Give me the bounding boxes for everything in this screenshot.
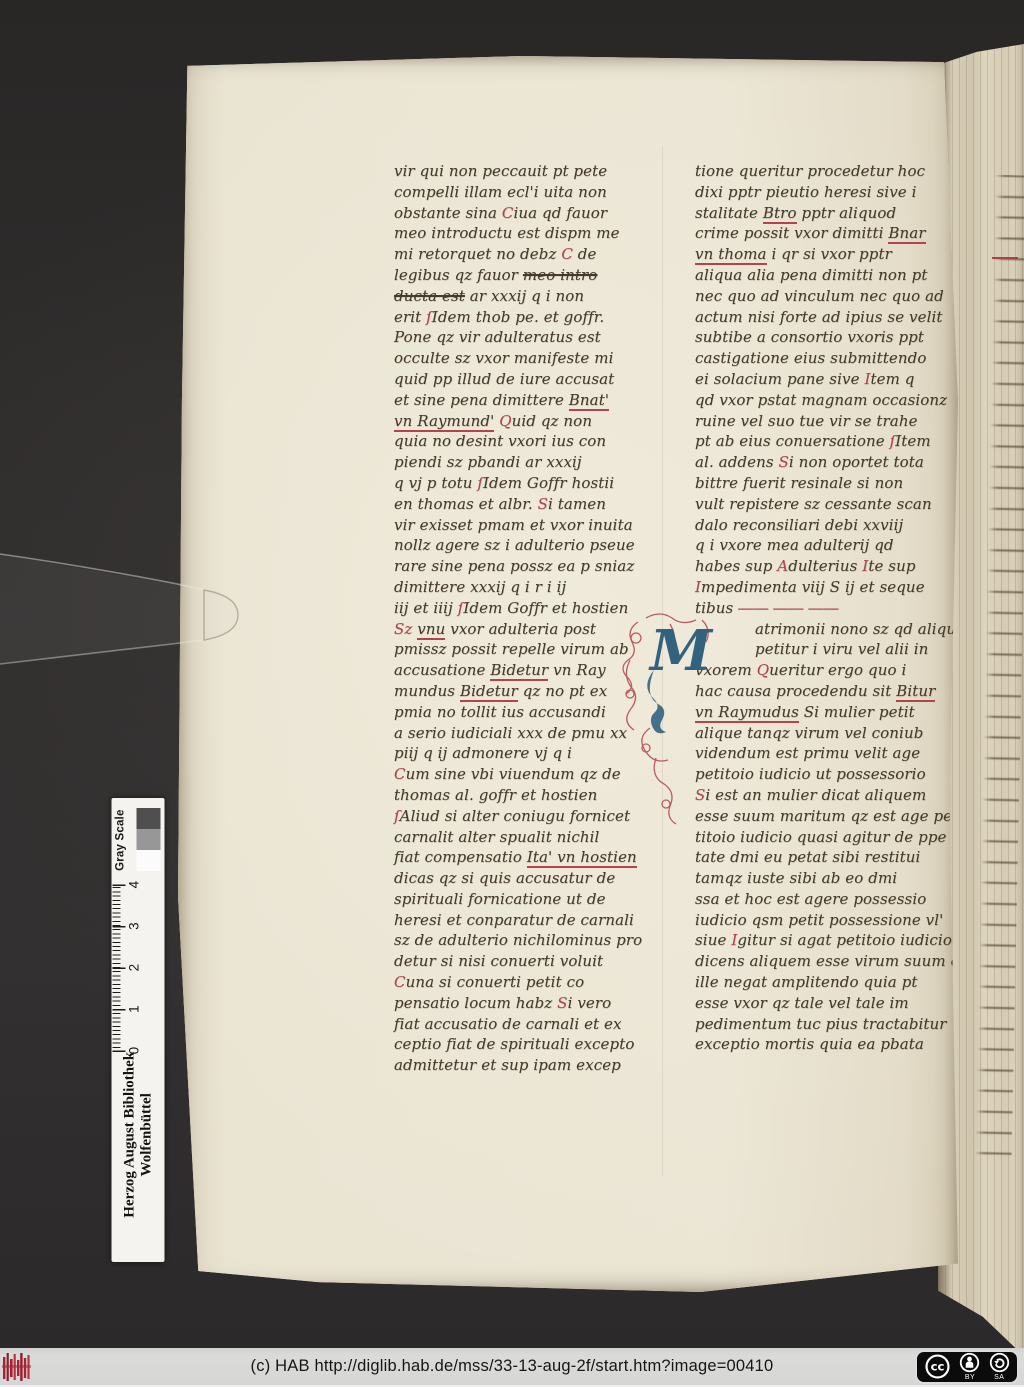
manuscript-text-line: compelli illam ecl'i uita non [394, 182, 656, 203]
manuscript-text-line: tamqz iuste sibi ab eo dmi [695, 868, 953, 889]
gray-scale-swatch [136, 808, 160, 829]
manuscript-text-line: admittetur et sup ipam excep [394, 1055, 656, 1076]
manuscript-text-line: mi retorquet no debz C de [394, 244, 656, 265]
ruler-numbers: 01234 [126, 883, 146, 1051]
ruler-major-ticks [112, 884, 125, 1052]
cm-ruler: 01234 [111, 883, 164, 1051]
manuscript-text-line: tione queritur procedetur hoc [695, 161, 953, 182]
svg-text:cc: cc [931, 1360, 945, 1374]
manuscript-text-line: detur si nisi conuerti voluit [394, 951, 656, 972]
manuscript-text-line: q vj p totu ſIdem Goffr hostii [394, 473, 656, 494]
gray-scale-block: Gray Scale [111, 798, 164, 883]
ruler-number: 0 [126, 1047, 141, 1055]
library-name-line2: Wolfenbüttel [138, 1052, 155, 1218]
manuscript-text-line: pt ab eius conuersatione ſItem [695, 431, 953, 452]
manuscript-text-line: dicens aliquem esse virum suum et [695, 951, 953, 972]
gray-scale-swatch [136, 850, 160, 871]
manuscript-text-line: fiat accusatio de carnali et ex [394, 1014, 656, 1035]
manuscript-text-line: rare sine pena possz ea p sniaz [394, 556, 656, 577]
manuscript-text-line: siue Igitur si agat petitoio iudicio [695, 930, 953, 951]
manuscript-text-line: en thomas et albr. Si tamen [394, 494, 656, 515]
manuscript-text-line: vult repistere sz cessante scan [695, 494, 953, 515]
manuscript-text-line: heresi et conparatur de carnali [394, 910, 656, 931]
ruler-number: 3 [126, 922, 141, 930]
manuscript-text-line: meo introductu est dispm me [394, 223, 656, 244]
manuscript-text-line: vn Raymund' Quid qz non [394, 411, 656, 432]
manuscript-text-line: crime possit vxor dimitti Bnar [695, 223, 953, 244]
cc-by-unit: BY [959, 1352, 980, 1381]
parchment-surface: vir qui non peccauit pt petecompelli ill… [178, 56, 958, 1292]
registration-mark [2, 1351, 32, 1384]
manuscript-text-line: Impedimenta viij S ij et seque [695, 577, 953, 598]
manuscript-text-line: vir exisset pmam et vxor inuita [394, 515, 656, 536]
cc-sa-arrow-icon [989, 1352, 1010, 1373]
next-page-red-underline [992, 257, 1018, 259]
manuscript-text-line: obstante sina Ciua qd fauor [394, 203, 656, 224]
manuscript-text-line: spirituali fornicatione ut de [394, 889, 656, 910]
cc-by-person-icon [959, 1352, 980, 1373]
manuscript-text-line: ssa et hoc est agere possessio [695, 889, 953, 910]
calibration-strip-face: Herzog August Bibliothek Wolfenbüttel 01… [111, 798, 164, 1262]
manuscript-text-line: occulte sz vxor manifeste mi [394, 348, 656, 369]
gray-scale-swatch [136, 829, 160, 850]
manuscript-text-line: ille negat amplitendo quia pt [695, 972, 953, 993]
caption-bar: (c) HAB http://diglib.hab.de/mss/33-13-a… [0, 1348, 1024, 1387]
decorated-initial-M: M [616, 608, 746, 868]
manuscript-text-line: stalitate Btro pptr aliquod [695, 203, 953, 224]
manuscript-text-line: esse vxor qz tale vel tale im [695, 993, 953, 1014]
manuscript-text-line: actum nisi forte ad ipius se velit [695, 307, 953, 328]
manuscript-text-line: quid pp illud de iure accusat [394, 369, 656, 390]
manuscript-text-line: piendi sz pbandi ar xxxij [394, 452, 656, 473]
manuscript-page: vir qui non peccauit pt petecompelli ill… [178, 56, 958, 1292]
manuscript-text-line: qd vxor pstat magnam occasionz [695, 390, 953, 411]
manuscript-text-line: ei solacium pane sive Item q [695, 369, 953, 390]
manuscript-text-line: al. addens Si non oportet tota [695, 452, 953, 473]
manuscript-text-line: q i vxore mea adulterij qd [695, 535, 953, 556]
manuscript-text-line: vn thoma i qr si vxor pptr [695, 244, 953, 265]
manuscript-text-line: habes sup Adulterius Ite sup [695, 556, 953, 577]
calibration-strip: Herzog August Bibliothek Wolfenbüttel 01… [111, 798, 164, 1262]
manuscript-text-line: nec quo ad vinculum nec quo ad [695, 286, 953, 307]
manuscript-text-line: Cuna si conuerti petit co [394, 972, 656, 993]
manuscript-text-line: dimittere xxxij q i r i ij [394, 577, 656, 598]
gray-scale-swatches [136, 808, 160, 871]
manuscript-text-line: quia no desint vxori ius con [394, 431, 656, 452]
manuscript-text-line: aliqua alia pena dimitti non pt [695, 265, 953, 286]
library-name-line1: Herzog August Bibliothek [121, 1052, 138, 1218]
manuscript-text-line: Pone qz vir adulteratus est [394, 327, 656, 348]
manuscript-text-line: dixi pptr pieutio heresi sive i [695, 182, 953, 203]
manuscript-text-line: ruine vel suo tue vir se trahe [695, 411, 953, 432]
manuscript-text-line: dalo reconsiliari debi xxviij [695, 515, 953, 536]
manuscript-text-line: subtibe a consortio vxoris ppt [695, 327, 953, 348]
manuscript-text-line: ducta est ar xxxij q i non [394, 286, 656, 307]
library-name: Herzog August Bibliothek Wolfenbüttel [111, 1052, 164, 1262]
svg-text:M: M [648, 618, 714, 684]
cc-license-badge: cc BY SA [915, 1350, 1019, 1384]
manuscript-text-line: bittre fuerit resinale si non [695, 473, 953, 494]
manuscript-text-line: ceptio fiat de spirituali excepto [394, 1034, 656, 1055]
copyright-url-text: (c) HAB http://diglib.hab.de/mss/33-13-a… [0, 1348, 1024, 1385]
manuscript-text-line: pensatio locum habz Si vero [394, 993, 656, 1014]
gray-scale-label: Gray Scale [114, 799, 126, 881]
cc-by-label: BY [965, 1374, 975, 1381]
cc-logo: cc [924, 1353, 951, 1380]
manuscript-text-line: erit ſIdem thob pe. et goffr. [394, 307, 656, 328]
manuscript-text-line: iudicio qsm petit possessione vl' [695, 910, 953, 931]
manuscript-text-line: pedimentum tuc pius tractabitur [695, 1014, 953, 1035]
ruler-number: 2 [126, 964, 141, 972]
manuscript-text-line: exceptio mortis quia ea pbata [695, 1034, 953, 1055]
manuscript-text-line: dicas qz si quis accusatur de [394, 868, 656, 889]
manuscript-text-line: legibus qz fauor meo intro [394, 265, 656, 286]
photo-background: vir qui non peccauit pt petecompelli ill… [0, 0, 1024, 1348]
manuscript-text-line: vir qui non peccauit pt pete [394, 161, 656, 182]
cc-sa-label: SA [994, 1374, 1004, 1381]
cc-icon: cc [924, 1353, 951, 1380]
cc-sa-unit: SA [989, 1352, 1010, 1381]
ruler-number: 1 [126, 1005, 141, 1013]
manuscript-text-line: sz de adulterio nichilominus pro [394, 930, 656, 951]
manuscript-text-line: et sine pena dimittere Bnat' [394, 390, 656, 411]
manuscript-text-line: nollz agere sz i adulterio pseue [394, 535, 656, 556]
manuscript-text-line: castigatione eius submittendo [695, 348, 953, 369]
